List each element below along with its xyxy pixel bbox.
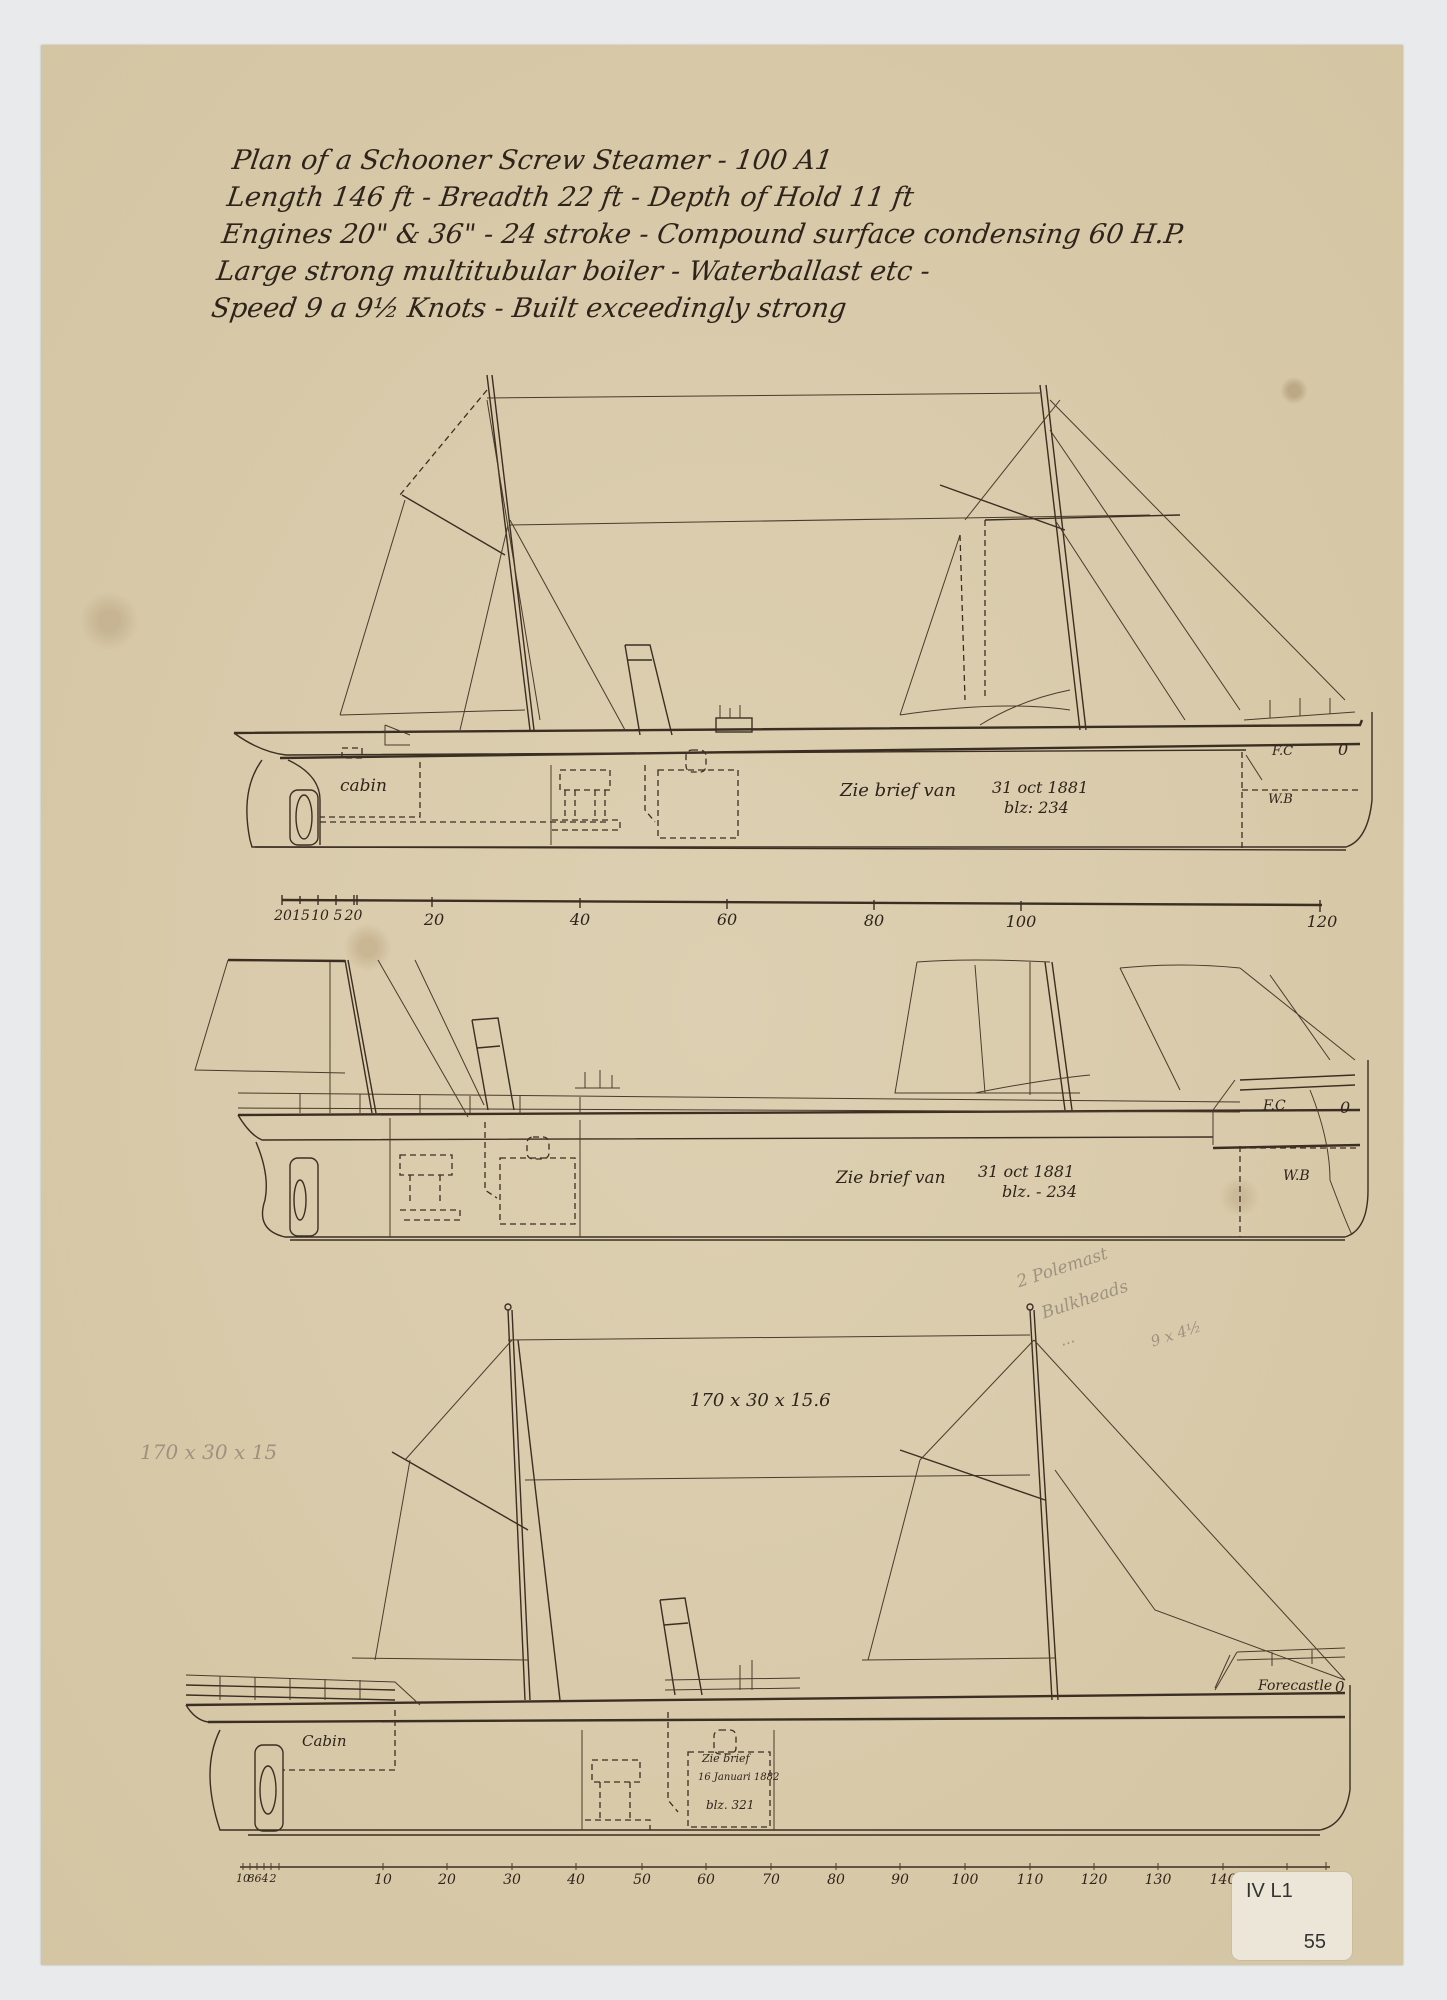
scale1-tick: 60	[717, 910, 737, 929]
ship-profile-3	[186, 1304, 1350, 1835]
annotation-2-ref: blz. - 234	[1002, 1182, 1077, 1201]
annotation-3-ref: blz. 321	[706, 1798, 754, 1812]
scale3-tick: 70	[762, 1872, 780, 1888]
scale3-tick: 6	[255, 1872, 262, 1885]
annotation-3-line1: Zie brief	[702, 1752, 750, 1765]
label-forecastle-1: F.C	[1272, 744, 1293, 759]
scale3-tick: 30	[503, 1872, 521, 1888]
label-forecastle-2: F.C	[1263, 1098, 1286, 1114]
label-waterballast-2: W.B	[1283, 1168, 1310, 1184]
annotation-1-ref: blz: 234	[1004, 798, 1069, 817]
ship-profile-2	[195, 960, 1368, 1240]
scale3-tick: 40	[567, 1872, 585, 1888]
scale3-tick: 130	[1145, 1872, 1172, 1888]
archive-number: 55	[1304, 1931, 1326, 1954]
pencil-note-left: 170 x 30 x 15	[140, 1440, 277, 1464]
scale1-tick: 0	[354, 908, 363, 924]
scale3-tick: 2	[270, 1872, 277, 1885]
scale3-tick: 60	[697, 1872, 715, 1888]
scale1-tick: 5	[334, 908, 343, 924]
scale1-tick: 80	[864, 911, 884, 930]
label-cabin-1: cabin	[340, 776, 387, 796]
label-port-3: 0	[1335, 1678, 1345, 1696]
ship-profile-1	[234, 375, 1372, 850]
scale3-tick: 4	[262, 1872, 269, 1885]
label-cabin-3: Cabin	[302, 1732, 346, 1750]
annotation-2-line1: Zie brief van	[836, 1168, 946, 1188]
ship-drawings	[0, 0, 1447, 2000]
scale3-tick: 80	[827, 1872, 845, 1888]
scale3-tick: 100	[952, 1872, 979, 1888]
scale1-tick: 100	[1006, 912, 1037, 931]
label-waterballast-1: W.B	[1268, 792, 1293, 807]
scale3-tick: 120	[1081, 1872, 1108, 1888]
label-port-1: 0	[1338, 740, 1348, 759]
scale3-tick: 20	[438, 1872, 456, 1888]
scale1-tick: 120	[1307, 912, 1338, 931]
scale3-tick: 110	[1017, 1872, 1044, 1888]
annotation-3-date: 16 Januari 1882	[698, 1772, 779, 1783]
archive-label: IV L1 55	[1232, 1872, 1352, 1960]
scale3-tick: 50	[633, 1872, 651, 1888]
annotation-1-line1: Zie brief van	[840, 780, 956, 801]
scale1-tick: 15	[292, 908, 310, 924]
scale1-tick: 40	[570, 910, 590, 929]
label-forecastle-3: Forecastle	[1258, 1678, 1332, 1694]
annotation-1-date: 31 oct 1881	[992, 778, 1088, 797]
archive-shelf-mark: IV L1	[1246, 1880, 1293, 1903]
scale1-tick: 20	[424, 910, 444, 929]
scale1-tick: 2	[345, 908, 354, 924]
scale3-tick: 10	[374, 1872, 392, 1888]
scale1-tick: 20	[274, 908, 292, 924]
scale-bar-3	[240, 1862, 1330, 1870]
dimensions-label: 170 x 30 x 15.6	[690, 1390, 831, 1411]
scale1-tick: 10	[311, 908, 329, 924]
label-port-2: 0	[1340, 1098, 1350, 1117]
scale3-tick: 90	[891, 1872, 909, 1888]
annotation-2-date: 31 oct 1881	[978, 1162, 1074, 1181]
scale3-tick: 8	[248, 1872, 255, 1885]
